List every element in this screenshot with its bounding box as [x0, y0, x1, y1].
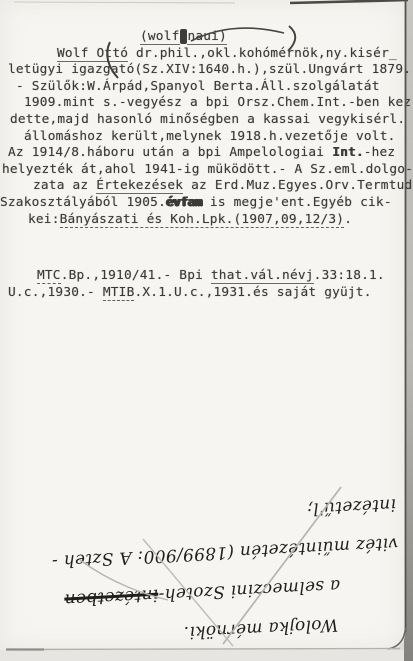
text-segment: naui)	[187, 29, 227, 45]
typed-line: helyezték át,ahol 1941-ig müködött.- A S…	[0, 162, 405, 179]
index-card: (wolfenaui)Wolf Ottó dr.phil.,okl.kohómé…	[0, 0, 405, 650]
handwriting-block: Wolojka mérnöki.a selmeczini Szoteh-inté…	[58, 478, 400, 640]
typed-line: dette,majd hasonló minőségben a kassai v…	[0, 112, 405, 129]
text-segment: - Szülők:W.Árpád,Spanyol Berta.Áll.szolg…	[16, 79, 380, 94]
typed-line: zata az Értekezések az Erd.Muz.Egyes.Orv…	[0, 178, 405, 195]
text-segment: U.c.,1930.-	[8, 285, 103, 300]
text-segment: évfam	[166, 195, 202, 210]
typed-line: letügyi igazgató(Sz.XIV:1640.h.),szül.Un…	[0, 62, 405, 79]
text-segment: MTC	[37, 268, 61, 284]
text-segment: .X.1.U.c.,1931.és saját gyüjt.	[134, 285, 371, 300]
text-segment: Bányászati és Koh.Lpk.(1907,09,12/3)	[60, 212, 345, 228]
text-segment: helyezték át,ahol 1941-ig müködött.- A S…	[2, 162, 413, 177]
handwriting-segment: Wolojka mérnöki.	[183, 614, 339, 642]
typed-line: állomáshoz került,melynek 1918.h.vezetőj…	[0, 129, 405, 146]
typed-line: U.c.,1930.- MTIB.X.1.U.c.,1931.és saját …	[0, 285, 405, 302]
text-segment: Wolf Ottó	[57, 46, 128, 62]
handwriting-segment: intézetben	[64, 585, 159, 610]
typed-line: Szakosztályából 1905.évfam is megje'ent.…	[0, 195, 405, 212]
typed-line: - Szülők:W.Árpád,Spanyol Berta.Áll.szolg…	[0, 79, 405, 96]
text-segment: .	[344, 212, 352, 227]
text-segment: dr.phil.,okl.kohómérnök,ny.kisér_	[128, 46, 397, 61]
text-segment: állomáshoz került,melynek 1918.h.vezetőj…	[24, 129, 396, 144]
text-segment: zata az	[33, 178, 96, 193]
typed-line: MTC.Bp.,1910/41.- Bpi that.vál.névj.33:1…	[0, 268, 405, 285]
typed-line: Az 1914/8.háboru után a bpi Ampelologiai…	[0, 145, 405, 162]
text-segment: Szakosztályából 1905.	[0, 195, 166, 210]
handwriting-segment: intézetű'l;	[306, 494, 396, 519]
text-segment: MTIB	[103, 285, 135, 301]
text-segment: (wolf	[140, 29, 180, 45]
text-segment: Értekezések	[96, 178, 183, 194]
text-segment: Int.	[332, 145, 364, 160]
text-segment: .33:18.1.	[314, 268, 385, 283]
text-segment: letügyi igazgató(Sz.XIV:1640.h.),szül.Un…	[8, 62, 411, 77]
typed-line: kei:Bányászati és Koh.Lpk.(1907,09,12/3)…	[0, 212, 405, 229]
handwriting-segment: a selmeczini Szoteh-	[158, 575, 341, 605]
text-segment: -hez	[364, 145, 396, 160]
text-segment: dette,majd hasonló minőségben a kassai v…	[10, 112, 405, 127]
text-segment: .Bp.,1910/41.- Bpi	[61, 268, 211, 283]
typed-line: Wolf Ottó dr.phil.,okl.kohómérnök,ny.kis…	[0, 46, 405, 63]
text-segment: that.vál.névj	[211, 268, 314, 284]
typed-line: (wolfenaui)	[0, 29, 405, 46]
text-segment: 1909.mint s.-vegyész a bpi Orsz.Chem.Int…	[24, 95, 411, 110]
text-segment: kei:	[28, 212, 60, 227]
text-segment: is megje'ent.Egyéb cik-	[202, 195, 392, 210]
typed-text-block: (wolfenaui)Wolf Ottó dr.phil.,okl.kohómé…	[0, 29, 405, 301]
typed-line: 1909.mint s.-vegyész a bpi Orsz.Chem.Int…	[0, 95, 405, 112]
text-segment: Az 1914/8.háboru után a bpi Ampelologiai	[8, 145, 332, 160]
text-segment: az Erd.Muz.Egyes.Orv.Termtud.	[183, 178, 413, 193]
